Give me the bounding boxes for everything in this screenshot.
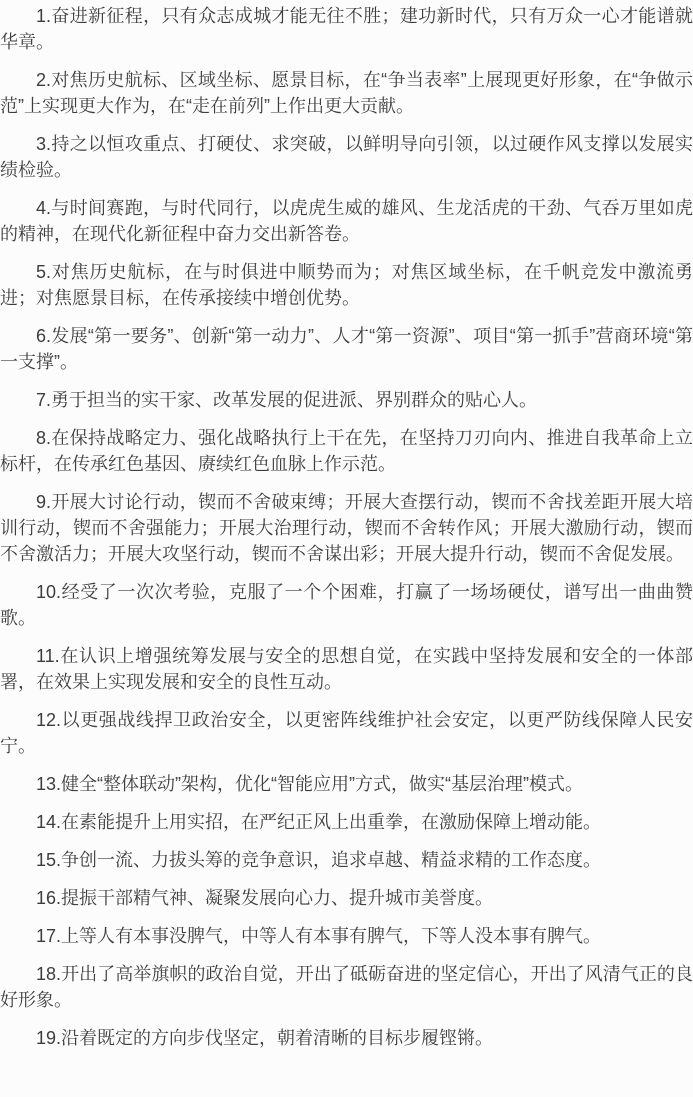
- paragraph-17: 17.上等人有本事没脾气，中等人有本事有脾气，下等人没本事有脾气。: [0, 923, 693, 949]
- paragraph-9: 9.开展大讨论行动，锲而不舍破束缚；开展大查摆行动，锲而不舍找差距开展大培训行动…: [0, 489, 693, 567]
- paragraph-19: 19.沿着既定的方向步伐坚定，朝着清晰的目标步履铿锵。: [0, 1025, 693, 1051]
- paragraph-16: 16.提振干部精气神、凝聚发展向心力、提升城市美誉度。: [0, 885, 693, 911]
- paragraph-1: 1.奋进新征程，只有众志成城才能无往不胜；建功新时代，只有万众一心才能谱就华章。: [0, 3, 693, 55]
- paragraph-8: 8.在保持战略定力、强化战略执行上干在先，在坚持刀刃向内、推进自我革命上立标杆，…: [0, 425, 693, 477]
- paragraph-7: 7.勇于担当的实干家、改革发展的促进派、界别群众的贴心人。: [0, 387, 693, 413]
- paragraph-14: 14.在素能提升上用实招，在严纪正风上出重拳，在激励保障上增动能。: [0, 809, 693, 835]
- paragraph-10: 10.经受了一次次考验，克服了一个个困难，打赢了一场场硬仗，谱写出一曲曲赞歌。: [0, 579, 693, 631]
- paragraph-13: 13.健全“整体联动”架构，优化“智能应用”方式，做实“基层治理”模式。: [0, 771, 693, 797]
- paragraph-5: 5.对焦历史航标，在与时俱进中顺势而为；对焦区域坐标，在千帆竞发中激流勇进；对焦…: [0, 259, 693, 311]
- paragraph-15: 15.争创一流、力拔头筹的竞争意识，追求卓越、精益求精的工作态度。: [0, 847, 693, 873]
- paragraph-11: 11.在认识上增强统筹发展与安全的思想自觉，在实践中坚持发展和安全的一体部署，在…: [0, 643, 693, 695]
- paragraph-3: 3.持之以恒攻重点、打硬仗、求突破，以鲜明导向引领，以过硬作风支撑以发展实绩检验…: [0, 131, 693, 183]
- paragraph-12: 12.以更强战线捍卫政治安全，以更密阵线维护社会安定，以更严防线保障人民安宁。: [0, 707, 693, 759]
- paragraph-6: 6.发展“第一要务”、创新“第一动力”、人才“第一资源”、项目“第一抓手”营商环…: [0, 323, 693, 375]
- document-page: 1.奋进新征程，只有众志成城才能无往不胜；建功新时代，只有万众一心才能谱就华章。…: [0, 0, 693, 1097]
- paragraph-18: 18.开出了高举旗帜的政治自觉，开出了砥砺奋进的坚定信心，开出了风清气正的良好形…: [0, 961, 693, 1013]
- paragraph-4: 4.与时间赛跑，与时代同行，以虎虎生威的雄风、生龙活虎的干劲、气吞万里如虎的精神…: [0, 195, 693, 247]
- paragraph-2: 2.对焦历史航标、区域坐标、愿景目标，在“争当表率”上展现更好形象，在“争做示范…: [0, 67, 693, 119]
